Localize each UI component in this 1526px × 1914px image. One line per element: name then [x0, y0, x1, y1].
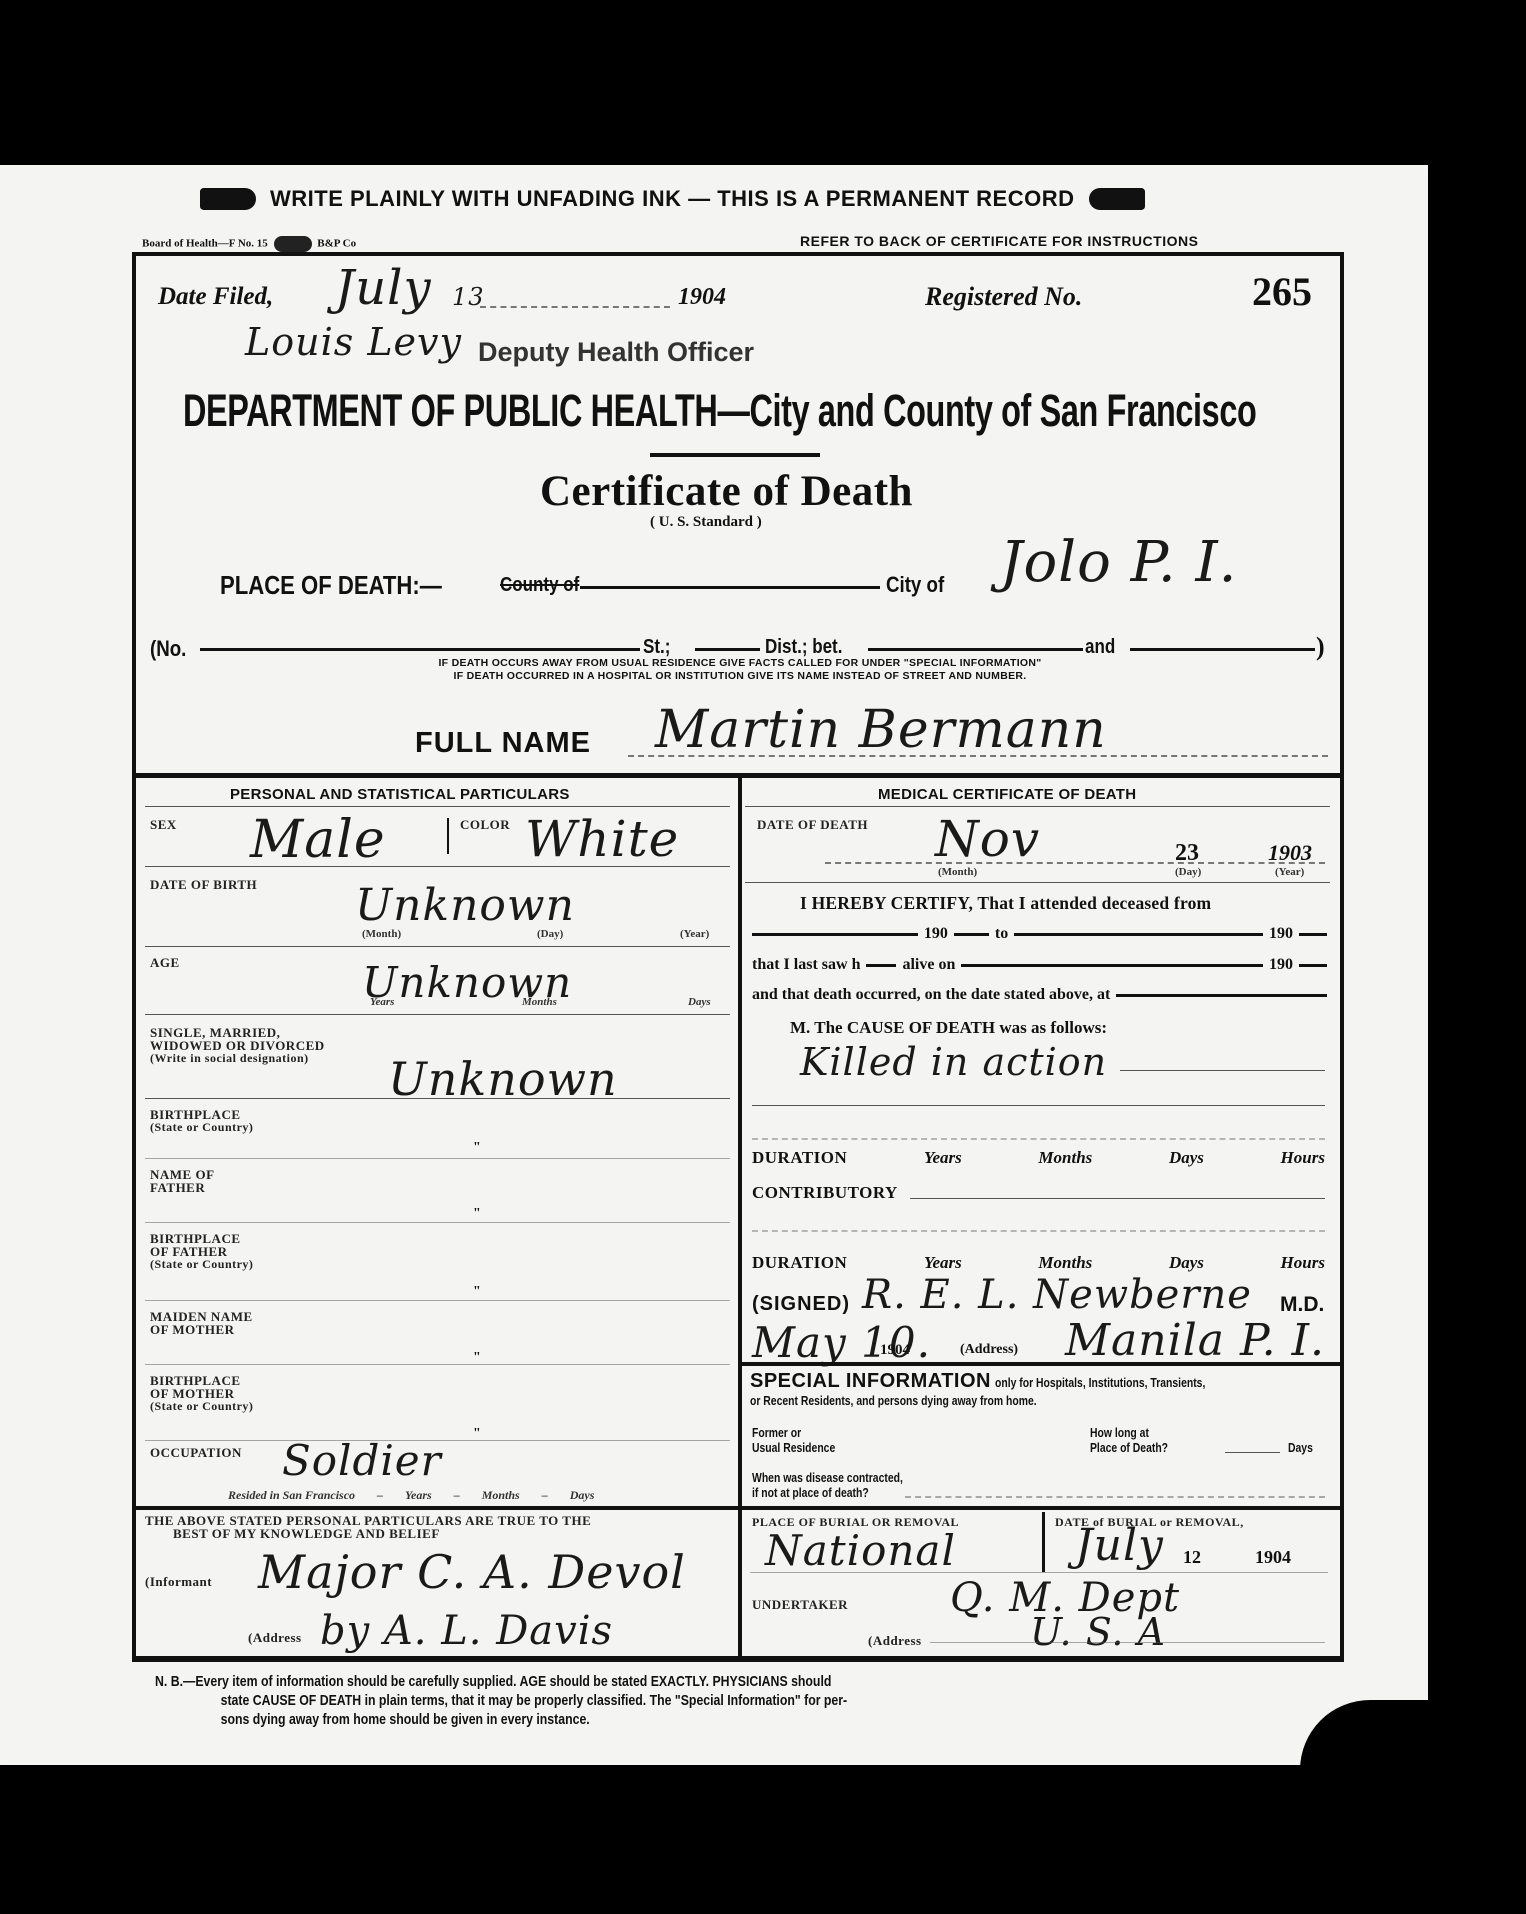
county-line: [580, 586, 880, 589]
banner-text: WRITE PLAINLY WITH UNFADING INK — THIS I…: [270, 186, 1075, 212]
special-divider: [742, 1362, 1342, 1366]
father-birthplace-value: ": [473, 1284, 481, 1300]
banner: WRITE PLAINLY WITH UNFADING INK — THIS I…: [200, 183, 1300, 215]
special-info-subtitle-2: or Recent Residents, and persons dying a…: [750, 1393, 1214, 1408]
union-label-icon: [274, 236, 312, 252]
city-label: City of: [886, 572, 944, 598]
marital-label-line: (Write in social designation): [150, 1052, 325, 1065]
mother-label-line: OF MOTHER: [150, 1323, 253, 1336]
footer-note: N. B.—Every item of information should b…: [155, 1672, 847, 1729]
divider: [145, 1222, 730, 1223]
divider: [145, 1158, 730, 1159]
former-label-line: Usual Residence: [752, 1440, 835, 1455]
resided-years-caption: Years: [405, 1488, 432, 1503]
from-year-line: [954, 933, 989, 936]
to-line: [1014, 933, 1263, 936]
to-label: to: [995, 925, 1008, 943]
burial-day-value: 12: [1183, 1547, 1201, 1568]
cause-value: Killed in action: [800, 1040, 1107, 1084]
duration-hours: Hours: [1281, 1253, 1325, 1273]
signed-year: 1904: [880, 1342, 910, 1359]
divider: [145, 1098, 730, 1099]
divider: [745, 806, 1330, 807]
physician-signature: R. E. L. Newberne: [862, 1272, 1252, 1318]
sex-color-divider: [447, 818, 449, 854]
age-days-caption: Days: [688, 996, 711, 1008]
resided-months-value: –: [454, 1488, 460, 1503]
pointing-hand-icon: [1089, 188, 1145, 210]
informant-value: Major C. A. Devol: [258, 1545, 686, 1599]
resided-months-caption: Months: [482, 1488, 520, 1503]
father-name-label: NAME OF FATHER: [150, 1168, 215, 1194]
footer-note-line: sons dying away from home should be give…: [155, 1710, 847, 1729]
resided-days-value: –: [542, 1488, 548, 1503]
burial-column-divider: [1042, 1512, 1045, 1572]
former-label-line: Former or: [752, 1425, 835, 1440]
death-month-value: Nov: [935, 810, 1040, 868]
pointing-hand-icon: [200, 188, 256, 210]
street-no-label: (No.: [150, 636, 186, 662]
duration-label: DURATION: [752, 1253, 847, 1273]
date-filed-month: July: [335, 260, 432, 316]
full-name-label: FULL NAME: [415, 727, 591, 760]
burial-divider: [742, 1506, 1342, 1510]
duration-days: Days: [1169, 1148, 1204, 1168]
place-of-death-label: PLACE OF DEATH:—: [220, 570, 442, 601]
divider: [145, 1300, 730, 1301]
contracted-line: [905, 1496, 1325, 1498]
form-bottom-border: [132, 1656, 1344, 1662]
refer-instructions: REFER TO BACK OF CERTIFICATE FOR INSTRUC…: [800, 233, 1198, 249]
medical-heading: MEDICAL CERTIFICATE OF DEATH: [878, 786, 1136, 803]
dob-month-caption: (Month): [362, 928, 401, 940]
father-birthplace-label: BIRTHPLACE OF FATHER (State or Country): [150, 1232, 253, 1271]
officer-signature: Louis Levy: [245, 320, 462, 364]
color-value: White: [525, 810, 679, 868]
physician-address-label: (Address): [960, 1342, 1018, 1358]
duration-days: Days: [1169, 1253, 1204, 1273]
days-label: Days: [1288, 1440, 1313, 1455]
death-month-caption: (Month): [938, 866, 977, 878]
from-year-prefix: 190: [924, 925, 948, 943]
place-note-1: IF DEATH OCCURS AWAY FROM USUAL RESIDENC…: [290, 657, 1190, 670]
from-line: [752, 933, 918, 936]
duration-row-2: DURATION Years Months Days Hours: [752, 1253, 1325, 1273]
divider: [145, 946, 730, 947]
resided-days-caption: Days: [570, 1488, 595, 1503]
cause-line: [752, 1105, 1325, 1106]
father-label-line: FATHER: [150, 1181, 215, 1194]
divider: [145, 806, 730, 807]
special-info-subtitle: only for Hospitals, Institutions, Transi…: [995, 1375, 1205, 1390]
father-bp-label-line: (State or Country): [150, 1258, 253, 1271]
informant-divider: [135, 1506, 738, 1510]
father-name-value: ": [473, 1206, 481, 1222]
date-filed-label: Date Filed,: [158, 283, 273, 311]
special-info-heading: SPECIAL INFORMATION only for Hospitals, …: [750, 1370, 1330, 1408]
personal-heading: PERSONAL AND STATISTICAL PARTICULARS: [230, 786, 570, 803]
duration-years: Years: [924, 1253, 962, 1273]
how-long-line: How long at: [1090, 1425, 1168, 1440]
how-long-line: [1225, 1452, 1280, 1453]
marital-label: SINGLE, MARRIED, WIDOWED OR DIVORCED (Wr…: [150, 1026, 325, 1065]
street-no-line: [200, 648, 640, 651]
occurred-text: and that death occurred, on the date sta…: [752, 986, 1110, 1004]
cause-line: [1120, 1070, 1325, 1071]
officer-title: Deputy Health Officer: [478, 337, 754, 368]
department-title: DEPARTMENT OF PUBLIC HEALTH—City and Cou…: [183, 385, 1256, 437]
age-years-caption: Years: [370, 996, 394, 1008]
burial-year-value: 1904: [1255, 1547, 1291, 1568]
printer-name: B&P Co: [317, 238, 356, 250]
dob-day-caption: (Day): [537, 928, 563, 940]
street-label: St.;: [643, 636, 670, 659]
special-info-title: SPECIAL INFORMATION: [750, 1370, 991, 1392]
signed-label: (SIGNED): [752, 1293, 850, 1316]
burial-month-value: July: [1075, 1520, 1164, 1571]
dob-value: Unknown: [355, 880, 575, 931]
title-divider: [650, 453, 820, 457]
date-filed-year: 1904: [678, 284, 726, 311]
occurred-row: and that death occurred, on the date sta…: [752, 986, 1327, 1004]
burial-place-value: National: [765, 1526, 956, 1575]
place-instructions: IF DEATH OCCURS AWAY FROM USUAL RESIDENC…: [290, 657, 1190, 683]
duration-label: DURATION: [752, 1148, 847, 1168]
registered-number: 265: [1252, 268, 1312, 315]
attest-text: THE ABOVE STATED PERSONAL PARTICULARS AR…: [145, 1514, 591, 1540]
undertaker-address-value: U. S. A: [1030, 1610, 1166, 1654]
district-line: [868, 648, 1083, 651]
burial-line: [750, 1572, 1328, 1573]
mother-name-label: MAIDEN NAME OF MOTHER: [150, 1310, 253, 1336]
footer-note-line: N. B.—Every item of information should b…: [155, 1672, 847, 1691]
resided-row: Resided in San Francisco – Years – Month…: [228, 1488, 728, 1503]
divider: [745, 882, 1330, 883]
sex-value: Male: [250, 810, 386, 870]
informant-label: (Informant: [145, 1575, 212, 1588]
duration-hours: Hours: [1281, 1148, 1325, 1168]
and-label: and: [1085, 636, 1115, 659]
occupation-label: OCCUPATION: [150, 1446, 242, 1459]
alive-on-label: alive on: [902, 956, 955, 974]
column-divider: [738, 778, 742, 1658]
physician-address-value: Manila P. I.: [1065, 1315, 1325, 1366]
contracted-line: if not at place of death?: [752, 1485, 903, 1500]
alive-on-line: [961, 964, 1263, 967]
alive-year-prefix: 190: [1269, 956, 1293, 974]
certificate-title: Certificate of Death: [540, 467, 913, 516]
form-number: Board of Health—F No. 15: [142, 238, 268, 250]
contributory-label: CONTRIBUTORY: [752, 1183, 898, 1203]
death-year-caption: (Year): [1275, 866, 1304, 878]
how-long-label: How long at Place of Death?: [1090, 1425, 1168, 1455]
date-of-death-label: DATE OF DEATH: [757, 818, 868, 831]
full-name-line: [628, 755, 1328, 757]
occurred-line: [1116, 994, 1327, 997]
mother-bp-label-line: (State or Country): [150, 1400, 253, 1413]
sex-label: SEX: [150, 818, 177, 831]
contributory-line: [910, 1198, 1325, 1199]
and-line: [1130, 648, 1315, 651]
death-day-caption: (Day): [1175, 866, 1201, 878]
last-seen-row: that I last saw h alive on 190: [752, 956, 1327, 974]
full-name-value: Martin Bermann: [655, 700, 1107, 760]
district-label: Dist.; bet.: [765, 636, 842, 659]
informant-address-label: (Address: [248, 1631, 302, 1644]
us-standard: ( U. S. Standard ): [650, 514, 762, 531]
last-saw-label: that I last saw h: [752, 956, 860, 974]
birthplace-value: ": [473, 1140, 481, 1156]
county-label: County of: [500, 574, 579, 597]
md-label: M.D.: [1280, 1293, 1324, 1317]
to-year-line: [1299, 933, 1327, 936]
contracted-label: When was disease contracted, if not at p…: [752, 1470, 903, 1500]
footer-note-line: state CAUSE OF DEATH in plain terms, tha…: [155, 1691, 847, 1710]
paren-close: ): [1316, 632, 1325, 662]
how-long-line: Place of Death?: [1090, 1440, 1168, 1455]
undertaker-address-line: [930, 1642, 1325, 1643]
mother-birthplace-label: BIRTHPLACE OF MOTHER (State or Country): [150, 1374, 253, 1413]
alive-year-line: [1299, 964, 1327, 967]
city-value: Jolo P. I.: [1000, 530, 1237, 595]
duration-row-1: DURATION Years Months Days Hours: [752, 1148, 1325, 1168]
divider: [145, 1364, 730, 1365]
duration-years: Years: [924, 1148, 962, 1168]
duration-months: Months: [1038, 1253, 1092, 1273]
dob-year-caption: (Year): [680, 928, 709, 940]
cause-line: [752, 1138, 1325, 1140]
cause-intro: M. The CAUSE OF DEATH was as follows:: [790, 1018, 1107, 1038]
place-note-2: IF DEATH OCCURRED IN A HOSPITAL OR INSTI…: [290, 670, 1190, 683]
to-year-prefix: 190: [1269, 925, 1293, 943]
resided-years-value: –: [377, 1488, 383, 1503]
attest-line: BEST OF MY KNOWLEDGE AND BELIEF: [145, 1527, 591, 1540]
registered-label: Registered No.: [925, 282, 1082, 312]
certify-text: I HEREBY CERTIFY, That I attended deceas…: [800, 893, 1211, 914]
undertaker-label: UNDERTAKER: [752, 1598, 848, 1611]
birthplace-label-line: (State or Country): [150, 1121, 253, 1134]
birthplace-label: BIRTHPLACE (State or Country): [150, 1108, 253, 1134]
former-residence-label: Former or Usual Residence: [752, 1425, 835, 1455]
attended-range-row: 190 to 190: [752, 925, 1327, 943]
date-filed-line: [480, 306, 670, 308]
resided-label: Resided in San Francisco: [228, 1488, 355, 1503]
occupation-value: Soldier: [282, 1436, 442, 1485]
divider: [145, 866, 730, 867]
age-months-caption: Months: [522, 996, 557, 1008]
informant-address-value: by A. L. Davis: [320, 1608, 613, 1654]
contracted-line: When was disease contracted,: [752, 1470, 903, 1485]
death-date-line: [825, 862, 1325, 864]
st-line: [695, 648, 760, 651]
color-label: COLOR: [460, 818, 510, 831]
dob-label: DATE OF BIRTH: [150, 878, 257, 891]
form-id: Board of Health—F No. 15 B&P Co: [142, 236, 356, 252]
divider: [145, 1014, 730, 1015]
undertaker-address-label: (Address: [868, 1634, 922, 1647]
age-label: AGE: [150, 956, 180, 969]
duration-months: Months: [1038, 1148, 1092, 1168]
pronoun-line: [866, 964, 896, 967]
contributory-line: [752, 1230, 1325, 1232]
